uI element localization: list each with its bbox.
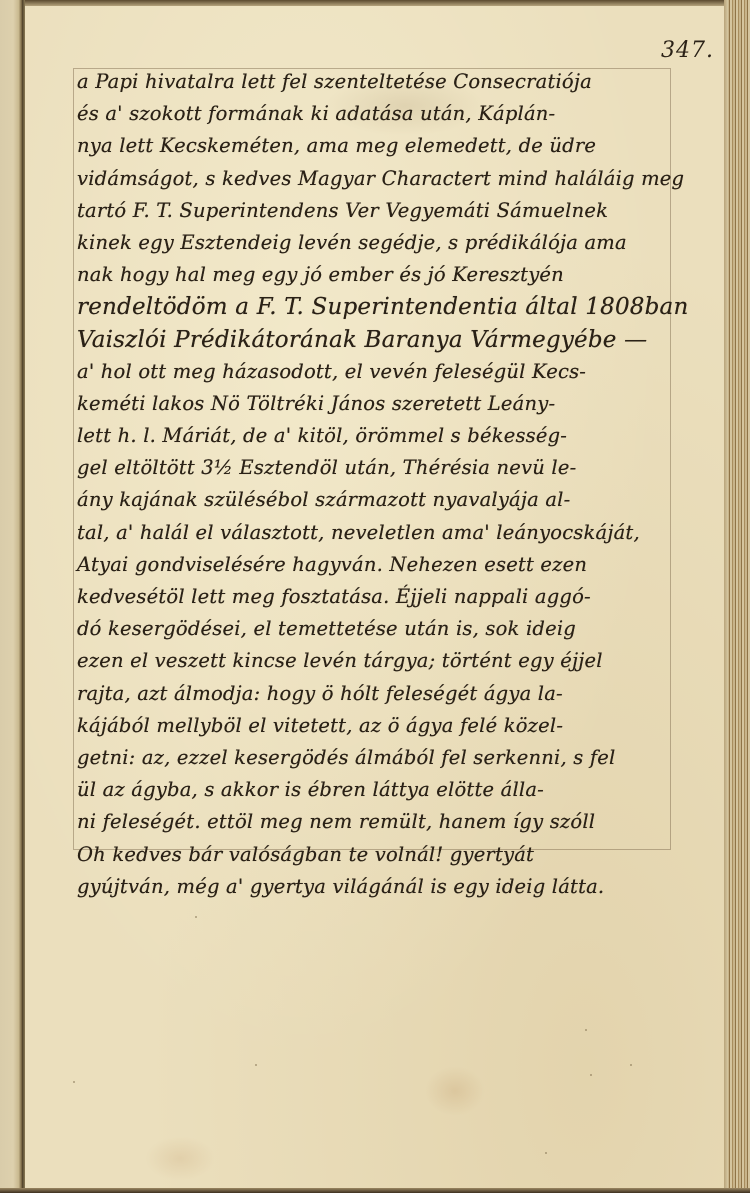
text-line: Vaiszlói Prédikátorának Baranya Vármegyé… (77, 324, 677, 356)
text-line: vidámságot, s kedves Magyar Charactert m… (77, 163, 677, 195)
text-line: rajta, azt álmodja: hogy ö hólt feleségé… (77, 678, 677, 710)
text-line: lett h. l. Máriát, de a' kitöl, örömmel … (77, 420, 677, 452)
text-line: Oh kedves bár valóságban te volnál! gyer… (77, 839, 677, 871)
text-line: tartó F. T. Superintendens Ver Vegyemáti… (77, 195, 677, 227)
text-line: nya lett Kecskeméten, ama meg elemedett,… (77, 130, 677, 162)
text-line: tal, a' halál el választott, neveletlen … (77, 517, 677, 549)
paper-stain (425, 1066, 485, 1116)
text-line: nak hogy hal meg egy jó ember és jó Kere… (77, 259, 677, 291)
handwritten-text-block: a Papi hivatalra lett fel szenteltetése … (77, 66, 677, 903)
text-line: ni feleségét. ettöl meg nem remült, hane… (77, 806, 677, 838)
text-line: gel eltöltött 3½ Esztendöl után, Thérési… (77, 452, 677, 484)
paper-speck (585, 1029, 587, 1031)
paper-speck (630, 1064, 632, 1066)
paper-stain (145, 1136, 215, 1181)
text-line: a Papi hivatalra lett fel szenteltetése … (77, 66, 677, 98)
text-line: gyújtván, még a' gyertya világánál is eg… (77, 871, 677, 903)
text-line: kinek egy Esztendeig levén segédje, s pr… (77, 227, 677, 259)
page-number: 347. (661, 38, 714, 63)
book-fore-edge (724, 0, 750, 1193)
text-line: a' hol ott meg házasodott, el vevén fele… (77, 356, 677, 388)
text-line: getni: az, ezzel kesergödés álmából fel … (77, 742, 677, 774)
text-line: Atyai gondviselésére hagyván. Nehezen es… (77, 549, 677, 581)
text-line: rendeltödöm a F. T. Superintendentia ált… (77, 291, 677, 323)
previous-leaf-edge (0, 0, 22, 1193)
text-line: kájából mellyböl el vitetett, az ö ágya … (77, 710, 677, 742)
paper-speck (195, 916, 197, 918)
text-line: és a' szokott formának ki adatása után, … (77, 98, 677, 130)
manuscript-page: 347. a Papi hivatalra lett fel szentelte… (25, 6, 725, 1188)
text-line: kedvesétöl lett meg fosztatása. Éjjeli n… (77, 581, 677, 613)
text-line: ány kajának szülésébol származott nyaval… (77, 484, 677, 516)
text-line: ül az ágyba, s akkor is ébren láttya elö… (77, 774, 677, 806)
paper-speck (255, 1064, 257, 1066)
text-line: dó kesergödései, el temettetése után is,… (77, 613, 677, 645)
manuscript-scan: 347. a Papi hivatalra lett fel szentelte… (0, 0, 750, 1193)
text-line: ezen el veszett kincse levén tárgya; tör… (77, 645, 677, 677)
text-line: keméti lakos Nö Töltréki János szeretett… (77, 388, 677, 420)
paper-speck (590, 1074, 592, 1076)
page-bottom-edge (0, 1188, 750, 1193)
paper-speck (73, 1081, 75, 1083)
paper-speck (545, 1152, 547, 1154)
